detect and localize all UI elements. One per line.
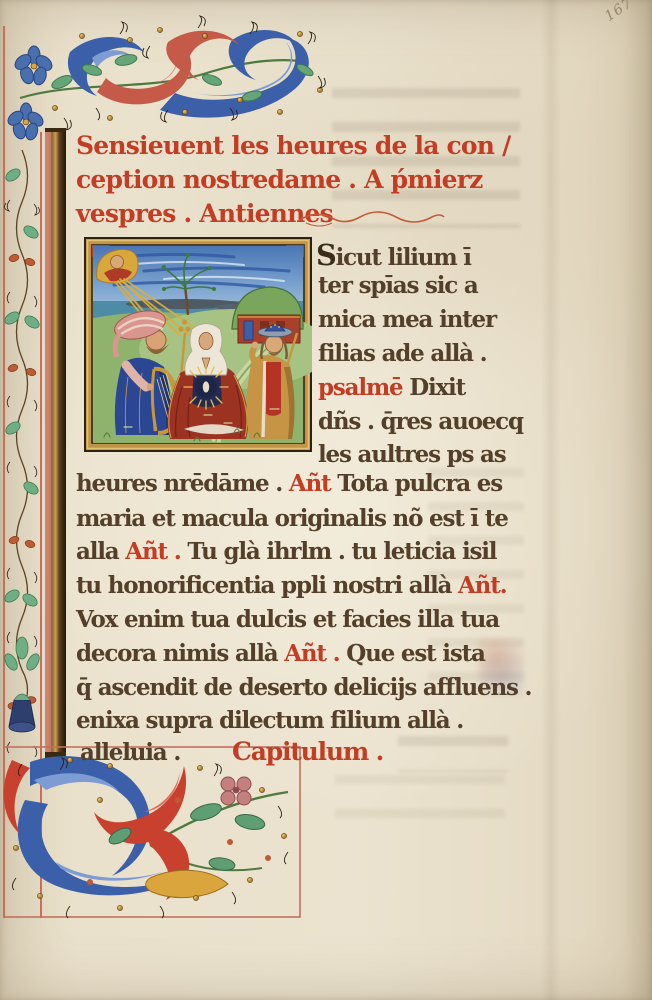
side-line-5: psalmē Dixit — [318, 374, 465, 401]
rubric-line-1: Sensieuent les heures de la con / — [76, 131, 510, 160]
body-text: heures nrēdāme . — [76, 470, 289, 497]
side-line-1: Sicut lilium ī — [316, 238, 471, 272]
body-text: decora nimis allà — [76, 640, 284, 667]
body-line-1: heures nrēdāme . Añt Tota pulcra es — [76, 470, 502, 497]
pink-flower-icon — [221, 777, 251, 805]
body-line-4: tu honorificentia ppli nostri allà Añt. — [76, 572, 506, 599]
top-border-ornament — [5, 16, 325, 141]
antiphon-marker: Añt — [289, 470, 337, 497]
text-divider-bar — [45, 128, 66, 758]
body-line-6: decora nimis allà Añt . Que est ista — [76, 640, 485, 667]
bottom-border-ornament — [4, 747, 300, 918]
body-line-2: maria et macula originalis nõ est ī te — [76, 505, 508, 532]
body-text: tu honorificentia ppli nostri allà — [76, 572, 458, 599]
body-text: Que est ista — [346, 640, 484, 667]
miniature-immaculate-conception — [84, 237, 312, 452]
body-text: Tota pulcra es — [337, 470, 502, 497]
vine-leaves — [2, 166, 42, 672]
side-line-6: dñs . q̄res auoecq — [318, 408, 523, 435]
body-line-5: Vox enim tua dulcis et facies illa tua — [76, 606, 499, 633]
manuscript-page: 167 — [0, 0, 652, 1000]
left-border-ornament — [2, 150, 42, 757]
body-line-3: alla Añt . Tu glà ihrlm . tu leticia isi… — [76, 538, 496, 565]
body-line-7: q̄ ascendit de deserto delicijs affluens… — [76, 674, 531, 701]
vine-squiggles — [5, 200, 40, 757]
body-line-9-alleluia: alleluia . — [80, 739, 180, 766]
body-text: Tu glà ihrlm . tu leticia isil — [187, 538, 496, 565]
rubric-line-2: ception nostredame . A ṕmierz — [76, 165, 483, 194]
rubric-flourish — [296, 207, 446, 231]
side-line-4: filias ade allà . — [318, 340, 487, 367]
side-line-2: ter spīas sic a — [318, 272, 478, 299]
rubric-psalme: psalmē — [318, 374, 409, 401]
antiphon-marker: Añt . — [125, 538, 187, 565]
side-line-7: les aultres ps as — [318, 441, 506, 468]
rubric-line-3: vespres . Antiennes — [76, 199, 333, 228]
antiphon-marker: Añt . — [284, 640, 346, 667]
body-text: alla — [76, 538, 125, 565]
side-dixit: Dixit — [409, 374, 465, 401]
antiphon-marker: Añt. — [458, 572, 506, 599]
capitulum-rubric: Capitulum . — [232, 737, 383, 766]
body-line-8: enixa supra dilectum filium allà . — [76, 707, 463, 734]
blue-flower-icon — [5, 46, 54, 141]
side-line-3: mica mea inter — [318, 306, 496, 333]
